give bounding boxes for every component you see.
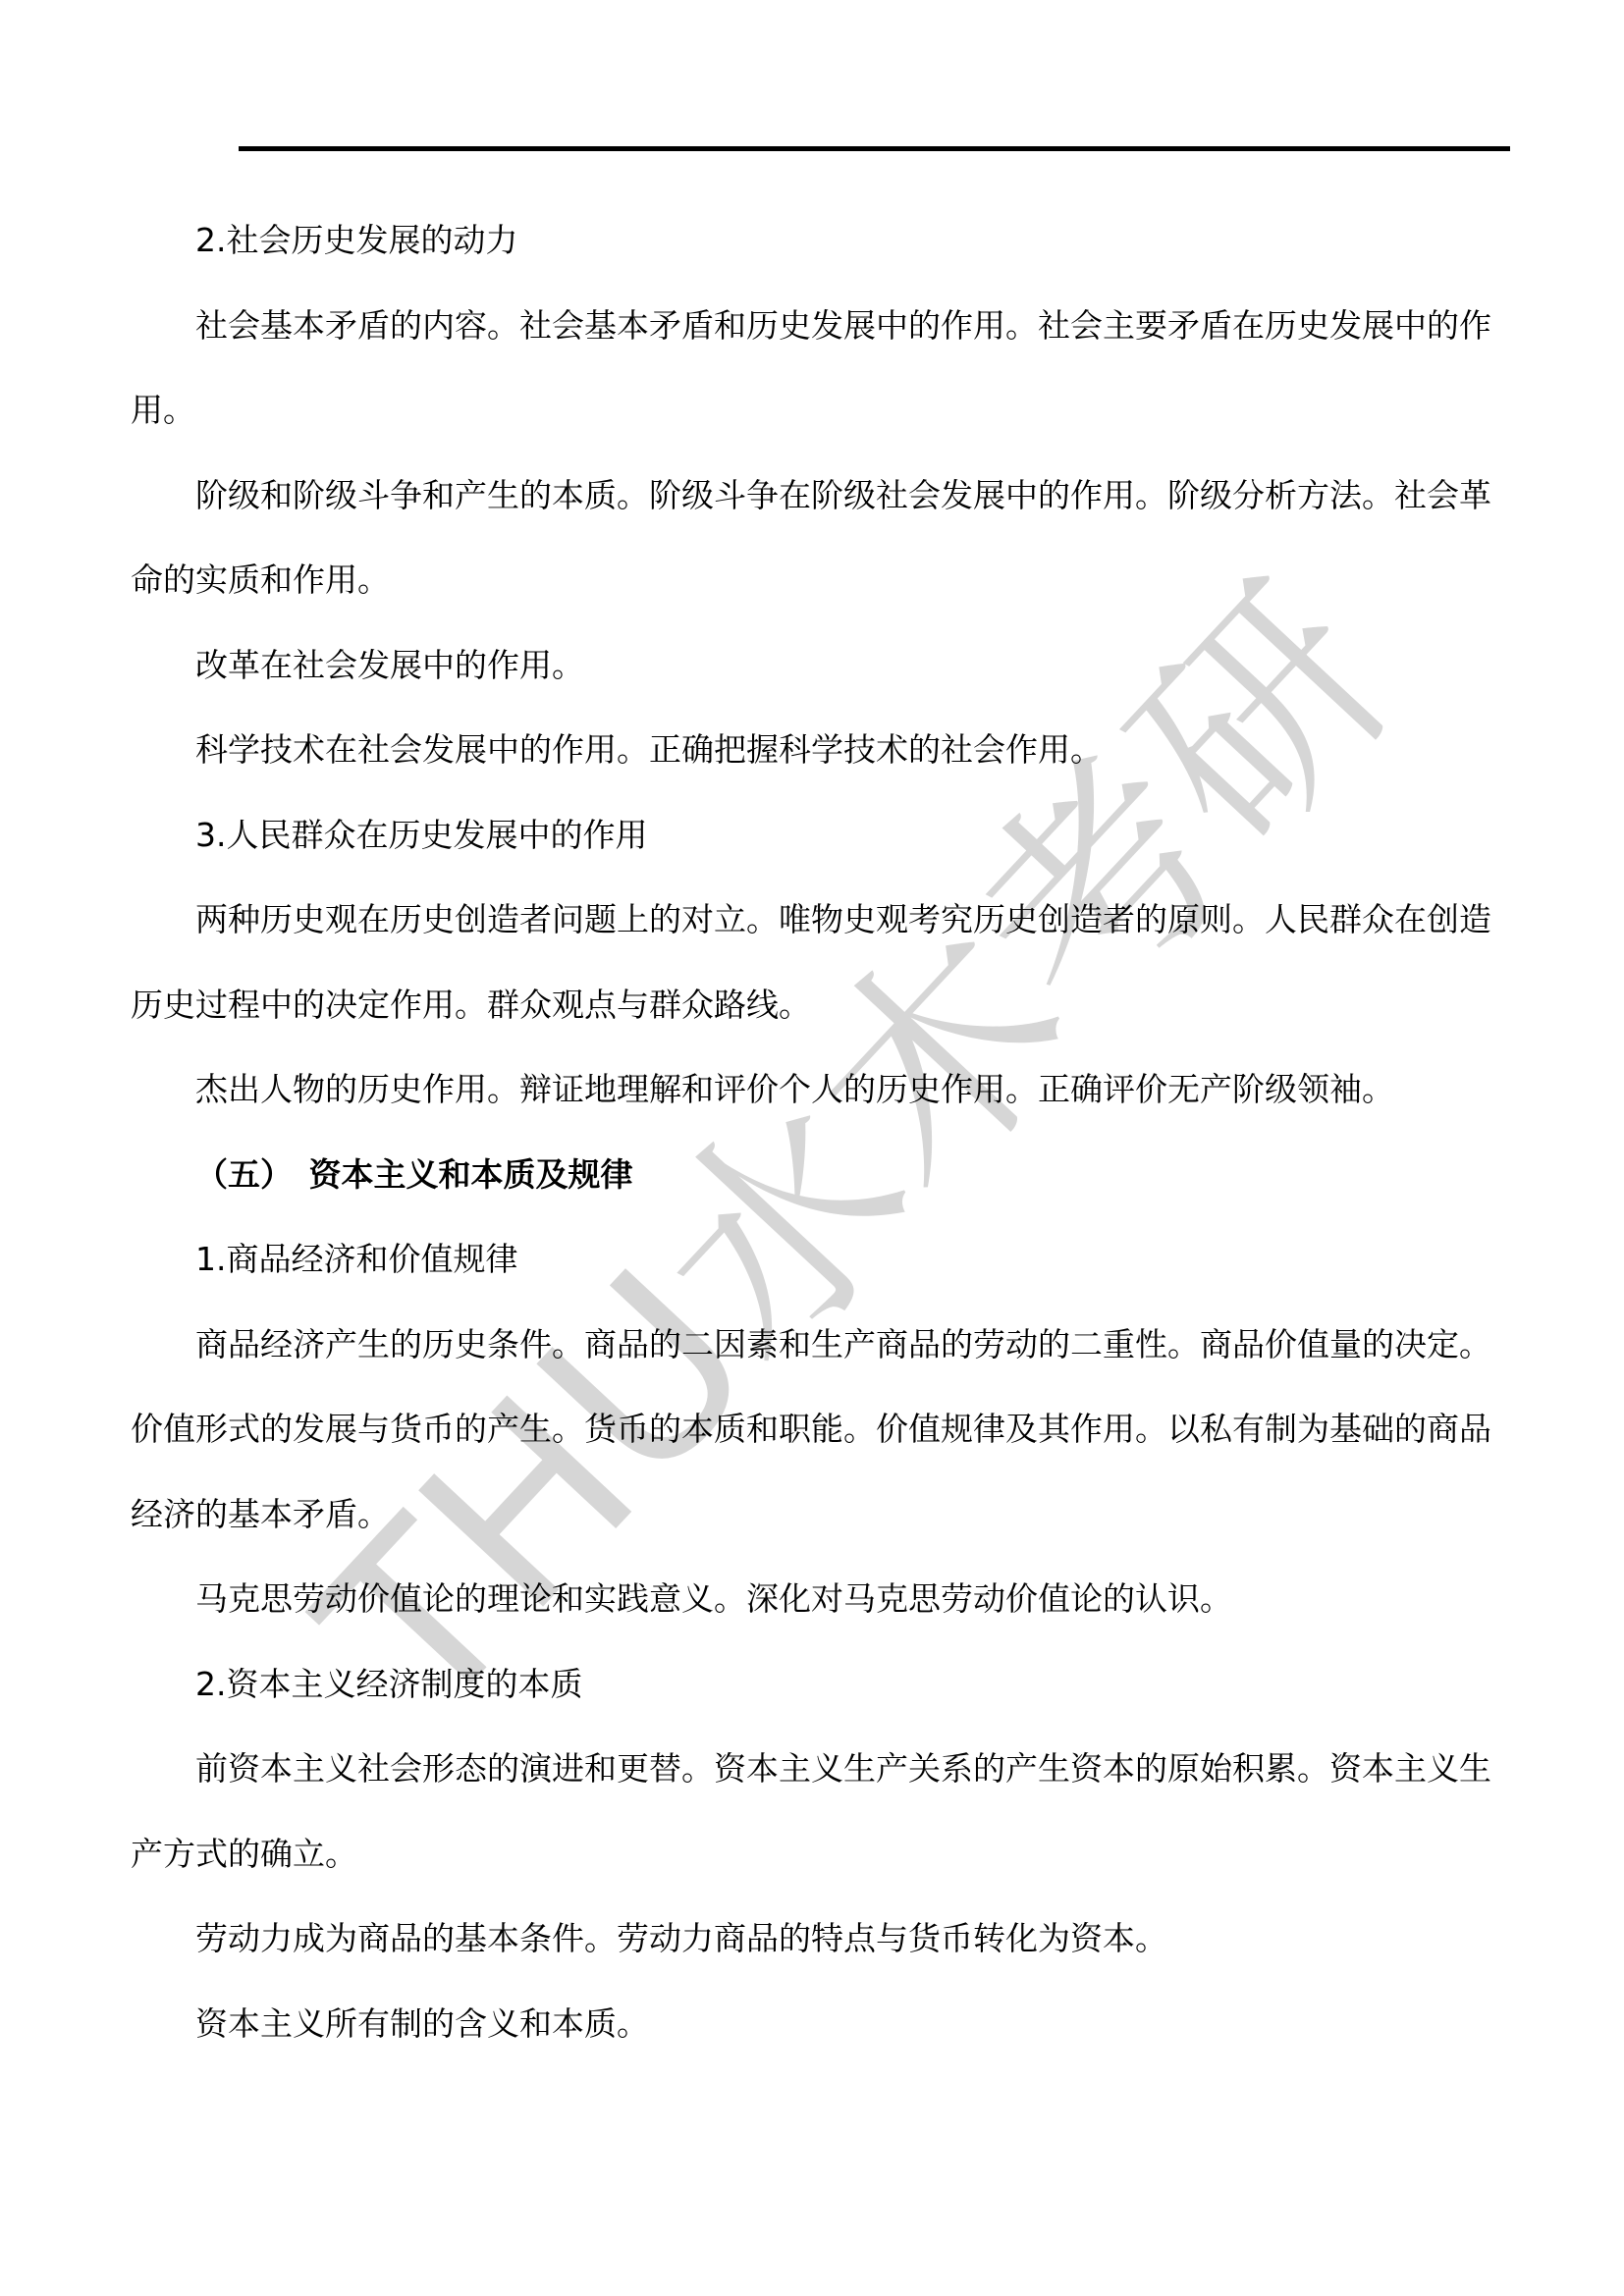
document-body: 2.社会历史发展的动力社会基本矛盾的内容。社会基本矛盾和历史发展中的作用。社会主…	[131, 198, 1525, 2066]
text-line: 3.人民群众在历史发展中的作用	[131, 793, 1525, 879]
text-line: 产方式的确立。	[131, 1812, 1525, 1897]
text-line: 经济的基本矛盾。	[131, 1472, 1525, 1558]
text-line: 前资本主义社会形态的演进和更替。资本主义生产关系的产生资本的原始积累。资本主义生	[131, 1727, 1525, 1812]
text-line: 2.资本主义经济制度的本质	[131, 1642, 1525, 1728]
text-line: 1.商品经济和价值规律	[131, 1217, 1525, 1303]
text-line: 商品经济产生的历史条件。商品的二因素和生产商品的劳动的二重性。商品价值量的决定。	[131, 1303, 1525, 1388]
text-line: 劳动力成为商品的基本条件。劳动力商品的特点与货币转化为资本。	[131, 1896, 1525, 1982]
text-line: 历史过程中的决定作用。群众观点与群众路线。	[131, 963, 1525, 1048]
text-line: 杰出人物的历史作用。辩证地理解和评价个人的历史作用。正确评价无产阶级领袖。	[131, 1047, 1525, 1133]
text-line: 两种历史观在历史创造者问题上的对立。唯物史观考究历史创造者的原则。人民群众在创造	[131, 878, 1525, 963]
text-line: 改革在社会发展中的作用。	[131, 623, 1525, 709]
text-line: 资本主义所有制的含义和本质。	[131, 1982, 1525, 2067]
text-line: 2.社会历史发展的动力	[131, 198, 1525, 284]
text-line: 阶级和阶级斗争和产生的本质。阶级斗争在阶级社会发展中的作用。阶级分析方法。社会革	[131, 454, 1525, 539]
text-line: 社会基本矛盾的内容。社会基本矛盾和历史发展中的作用。社会主要矛盾在历史发展中的作	[131, 284, 1525, 369]
document-page: THU水木考研 2.社会历史发展的动力社会基本矛盾的内容。社会基本矛盾和历史发展…	[0, 0, 1624, 2296]
text-line: 用。	[131, 368, 1525, 454]
text-line: 价值形式的发展与货币的产生。货币的本质和职能。价值规律及其作用。以私有制为基础的…	[131, 1387, 1525, 1472]
text-line: 马克思劳动价值论的理论和实践意义。深化对马克思劳动价值论的认识。	[131, 1557, 1525, 1642]
text-line: （五） 资本主义和本质及规律	[131, 1133, 1525, 1218]
header-divider	[239, 146, 1510, 151]
text-line: 命的实质和作用。	[131, 538, 1525, 623]
text-line: 科学技术在社会发展中的作用。正确把握科学技术的社会作用。	[131, 708, 1525, 793]
